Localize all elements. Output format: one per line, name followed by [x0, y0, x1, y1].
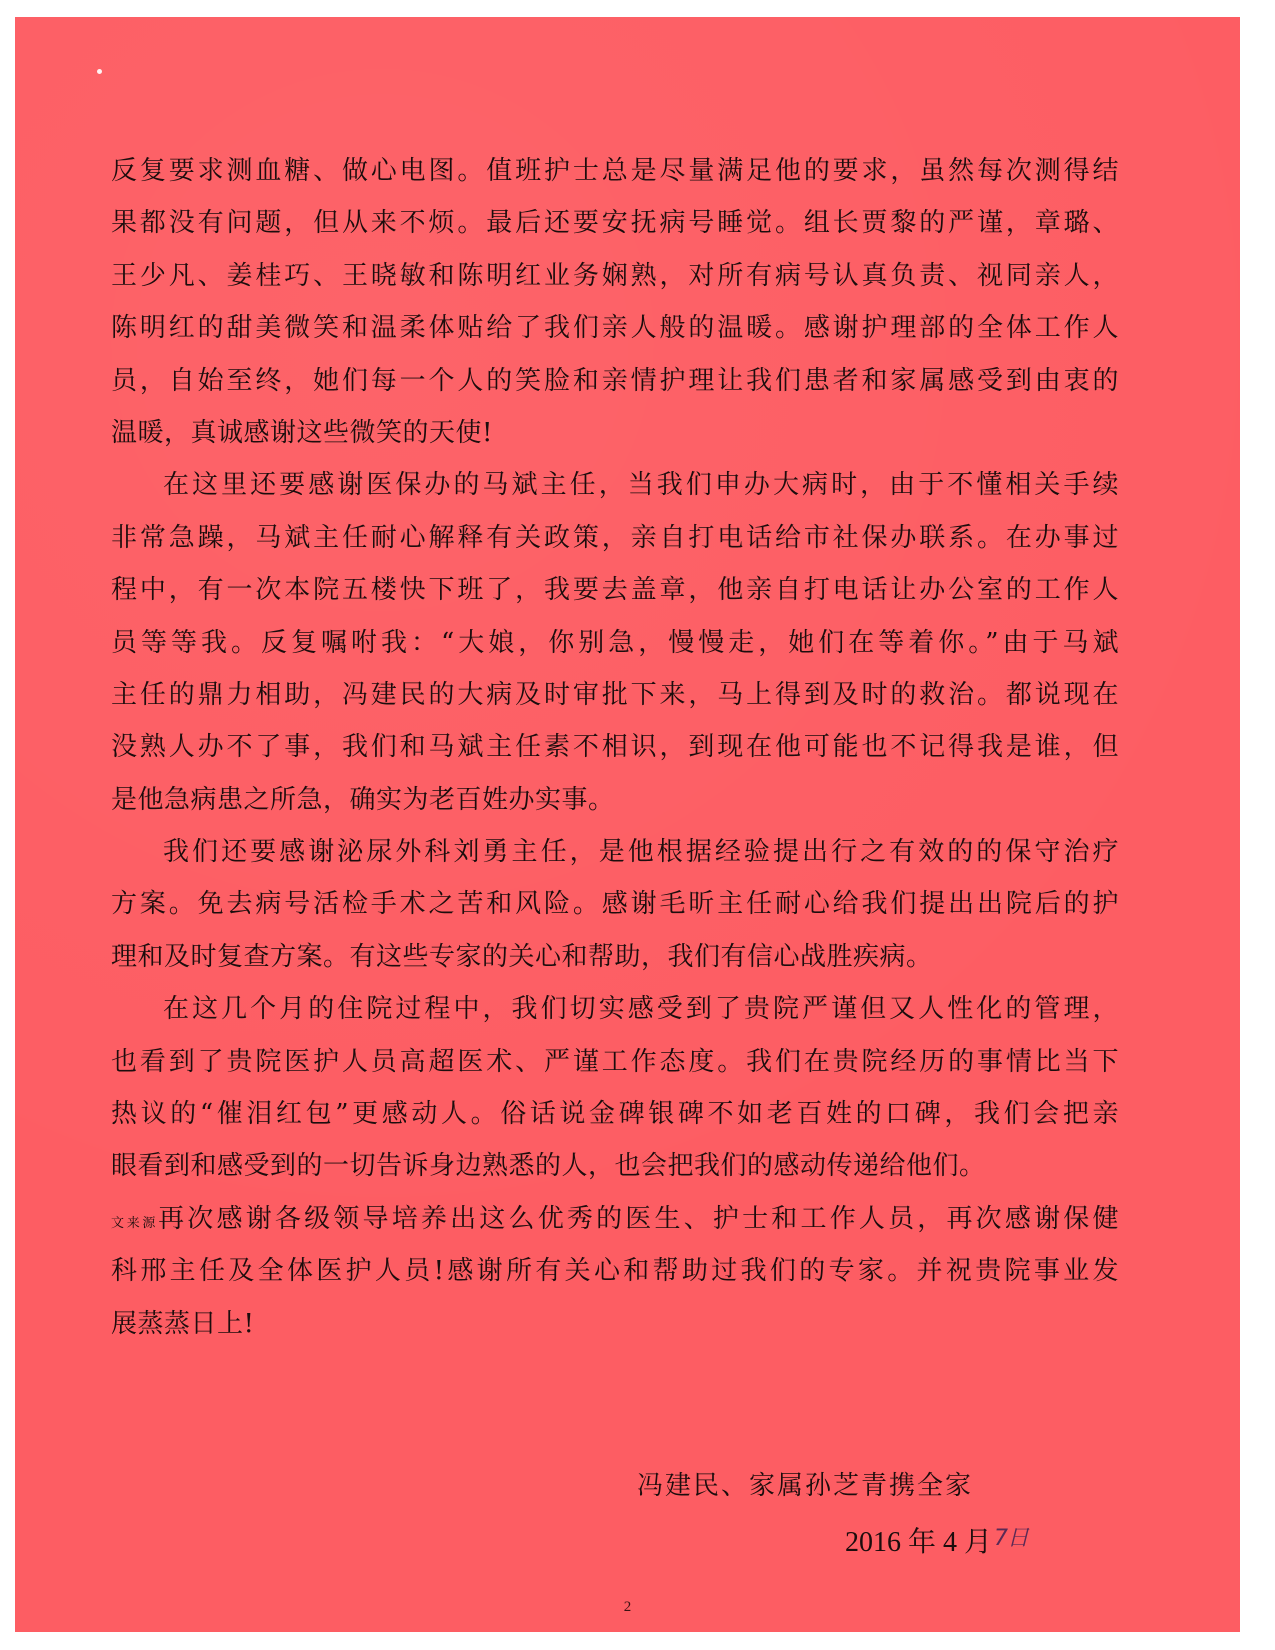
date-handwritten-day: 7日	[994, 1526, 1028, 1551]
text-line: 主任的鼎力相助，冯建民的大病及时审批下来，马上得到及时的救治。都说现在	[111, 669, 1119, 721]
paragraph-5: 文来源再次感谢各级领导培养出这么优秀的医生、护士和工作人员，再次感谢保健 科邢主…	[111, 1193, 1119, 1350]
text-line: 科邢主任及全体医护人员!感谢所有关心和帮助过我们的专家。并祝贵院事业发	[111, 1245, 1119, 1297]
paragraph-1: 反复要求测血糖、做心电图。值班护士总是尽量满足他的要求，虽然每次测得结 果都没有…	[111, 145, 1119, 459]
text-line-content: 再次感谢各级领导培养出这么优秀的医生、护士和工作人员，再次感谢保健	[158, 1204, 1119, 1234]
paragraph-2: 在这里还要感谢医保办的马斌主任，当我们申办大病时，由于不懂相关手续 非常急躁，马…	[111, 459, 1119, 826]
text-line: 反复要求测血糖、做心电图。值班护士总是尽量满足他的要求，虽然每次测得结	[111, 145, 1119, 197]
text-line: 方案。免去病号活检手术之苦和风险。感谢毛昕主任耐心给我们提出出院后的护	[111, 878, 1119, 930]
signature: 冯建民、家属孙芝青携全家	[637, 1465, 973, 1502]
text-line: 理和及时复查方案。有这些专家的关心和帮助，我们有信心战胜疾病。	[111, 931, 1119, 983]
text-line: 是他急病患之所急，确实为老百姓办实事。	[111, 774, 1119, 826]
text-line: 员，自始至终，她们每一个人的笑脸和亲情护理让我们患者和家属感受到由衷的	[111, 355, 1119, 407]
letter-body: 反复要求测血糖、做心电图。值班护士总是尽量满足他的要求，虽然每次测得结 果都没有…	[111, 145, 1119, 1350]
text-line: 在这里还要感谢医保办的马斌主任，当我们申办大病时，由于不懂相关手续	[111, 459, 1119, 511]
text-line: 没熟人办不了事，我们和马斌主任素不相识，到现在他可能也不记得我是谁，但	[111, 721, 1119, 773]
date-printed: 2016 年 4 月	[845, 1527, 992, 1558]
text-line: 在这几个月的住院过程中，我们切实感受到了贵院严谨但又人性化的管理，	[111, 983, 1119, 1035]
text-line: 也看到了贵院医护人员高超医术、严谨工作态度。我们在贵院经历的事情比当下	[111, 1036, 1119, 1088]
text-line: 非常急躁，马斌主任耐心解释有关政策，亲自打电话给市社保办联系。在办事过	[111, 512, 1119, 564]
scan-speck	[97, 69, 102, 74]
letter-date: 2016 年 4 月7日	[845, 1520, 1028, 1560]
source-watermark-prefix: 文来源	[111, 1216, 158, 1231]
text-line: 我们还要感谢泌尿外科刘勇主任，是他根据经验提出行之有效的的保守治疗	[111, 826, 1119, 878]
text-line: 程中，有一次本院五楼快下班了，我要去盖章，他亲自打电话让办公室的工作人	[111, 564, 1119, 616]
document-page: 反复要求测血糖、做心电图。值班护士总是尽量满足他的要求，虽然每次测得结 果都没有…	[15, 17, 1240, 1632]
text-line: 王少凡、姜桂巧、王晓敏和陈明红业务娴熟，对所有病号认真负责、视同亲人，	[111, 250, 1119, 302]
text-line: 文来源再次感谢各级领导培养出这么优秀的医生、护士和工作人员，再次感谢保健	[111, 1193, 1119, 1245]
paragraph-4: 在这几个月的住院过程中，我们切实感受到了贵院严谨但又人性化的管理， 也看到了贵院…	[111, 983, 1119, 1193]
text-line: 展蒸蒸日上!	[111, 1298, 1119, 1350]
text-line: 温暖，真诚感谢这些微笑的天使!	[111, 407, 1119, 459]
text-line: 眼看到和感受到的一切告诉身边熟悉的人，也会把我们的感动传递给他们。	[111, 1140, 1119, 1192]
text-line: 果都没有问题，但从来不烦。最后还要安抚病号睡觉。组长贾黎的严谨，章璐、	[111, 197, 1119, 249]
text-line: 陈明红的甜美微笑和温柔体贴给了我们亲人般的温暖。感谢护理部的全体工作人	[111, 302, 1119, 354]
paragraph-3: 我们还要感谢泌尿外科刘勇主任，是他根据经验提出行之有效的的保守治疗 方案。免去病…	[111, 826, 1119, 983]
text-line: 热议的“催泪红包”更感动人。俗话说金碑银碑不如老百姓的口碑，我们会把亲	[111, 1088, 1119, 1140]
page-number: 2	[15, 1599, 1240, 1616]
text-line: 员等等我。反复嘱咐我：“大娘，你别急，慢慢走，她们在等着你。”由于马斌	[111, 617, 1119, 669]
